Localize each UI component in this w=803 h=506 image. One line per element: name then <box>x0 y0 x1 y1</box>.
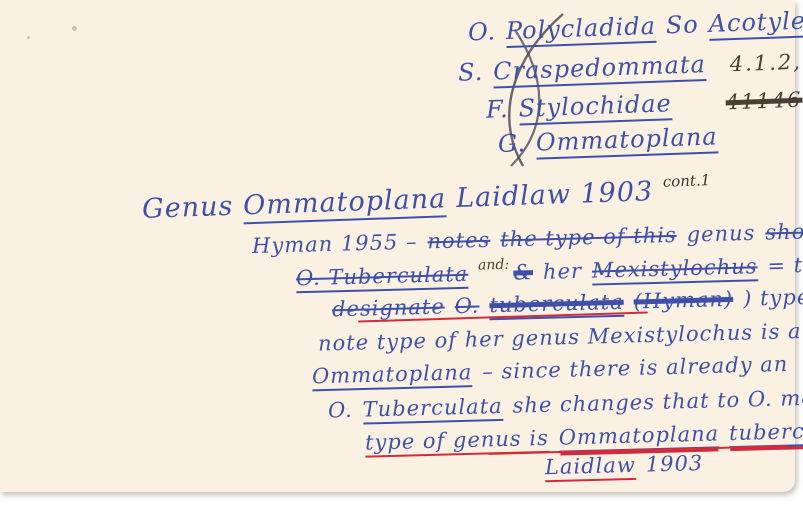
title-genus-name: Ommatoplana <box>243 183 447 224</box>
classification-line-family: F.Stylochidae41146 <box>486 84 803 126</box>
note-text: – since there is already an <box>482 352 789 384</box>
note-line-4: note type of her genus Mexistylochus is … <box>318 318 803 355</box>
note-line-6: O.Tuberculatashe changes that to O. mexi… <box>328 384 803 426</box>
struck-text: show <box>765 219 803 245</box>
author-name: Laidlaw <box>545 453 637 482</box>
note-text: she changes that to O. mexicana <box>512 384 803 418</box>
paper-speck <box>72 26 77 31</box>
note-text: Hyman 1955 – <box>252 230 418 258</box>
classification-line-order: O.PolycladidaSoAcotylea <box>468 6 803 50</box>
suborder-name: Acotylea <box>708 6 803 41</box>
note-text: = this genus. <box>767 250 803 278</box>
genus-prefix: G. <box>498 129 527 158</box>
struck-species-name: O. Tuberculata <box>296 262 469 294</box>
species-name: tuberculata <box>729 418 803 449</box>
title-word-genus: Genus <box>142 191 234 225</box>
suborder-prefix: So <box>665 10 699 39</box>
section-prefix: S. <box>458 58 484 87</box>
section-name: Craspedommata <box>493 50 707 88</box>
note-text: her <box>543 259 583 284</box>
crossed-out-tally: 41146 <box>725 88 803 115</box>
title-author: Laidlaw 1903 <box>456 176 654 214</box>
note-text: note type of her genus Mexistylochus is … <box>318 319 803 356</box>
struck-text: the type of this <box>500 223 677 252</box>
family-name: Stylochidae <box>518 89 672 125</box>
note-text: genus <box>686 221 755 247</box>
note-text: O. <box>328 398 353 423</box>
card-title: GenusOmmatoplanaLaidlaw 1903cont.1 <box>142 174 712 228</box>
struck-genus-name: Mexistylochus <box>592 254 758 285</box>
order-name: Polycladida <box>505 12 656 48</box>
note-line-8: Laidlaw1903 <box>545 451 714 482</box>
struck-text: (Hyman) <box>633 287 733 314</box>
note-text: ) type <box>743 285 803 311</box>
genus-name: Ommatoplana <box>535 122 718 159</box>
paper-speck <box>27 36 30 39</box>
struck-text: notes <box>427 228 490 254</box>
family-prefix: F. <box>486 95 510 124</box>
classification-line-genus: G.Ommatoplana <box>498 122 729 161</box>
note-line-1: Hyman 1955 –notesthe type of thisgenussh… <box>252 218 803 258</box>
year-text: 1903 <box>645 451 703 476</box>
section-code: 4.1.2,73 <box>729 49 803 77</box>
classification-line-section: S.Craspedommata4.1.2,73 <box>458 45 803 89</box>
genus-name: Ommatoplana <box>312 360 473 391</box>
note-line-5: Ommatoplana– since there is already an <box>312 352 799 392</box>
continuation-note: cont.1 <box>662 171 710 191</box>
struck-text: O. <box>454 294 479 319</box>
struck-text: & <box>513 260 533 285</box>
index-card: O.PolycladidaSoAcotylea S.Craspedommata4… <box>0 0 795 492</box>
inserted-word: and: <box>478 257 509 274</box>
order-prefix: O. <box>468 17 497 46</box>
species-name: Tuberculata <box>362 394 503 425</box>
